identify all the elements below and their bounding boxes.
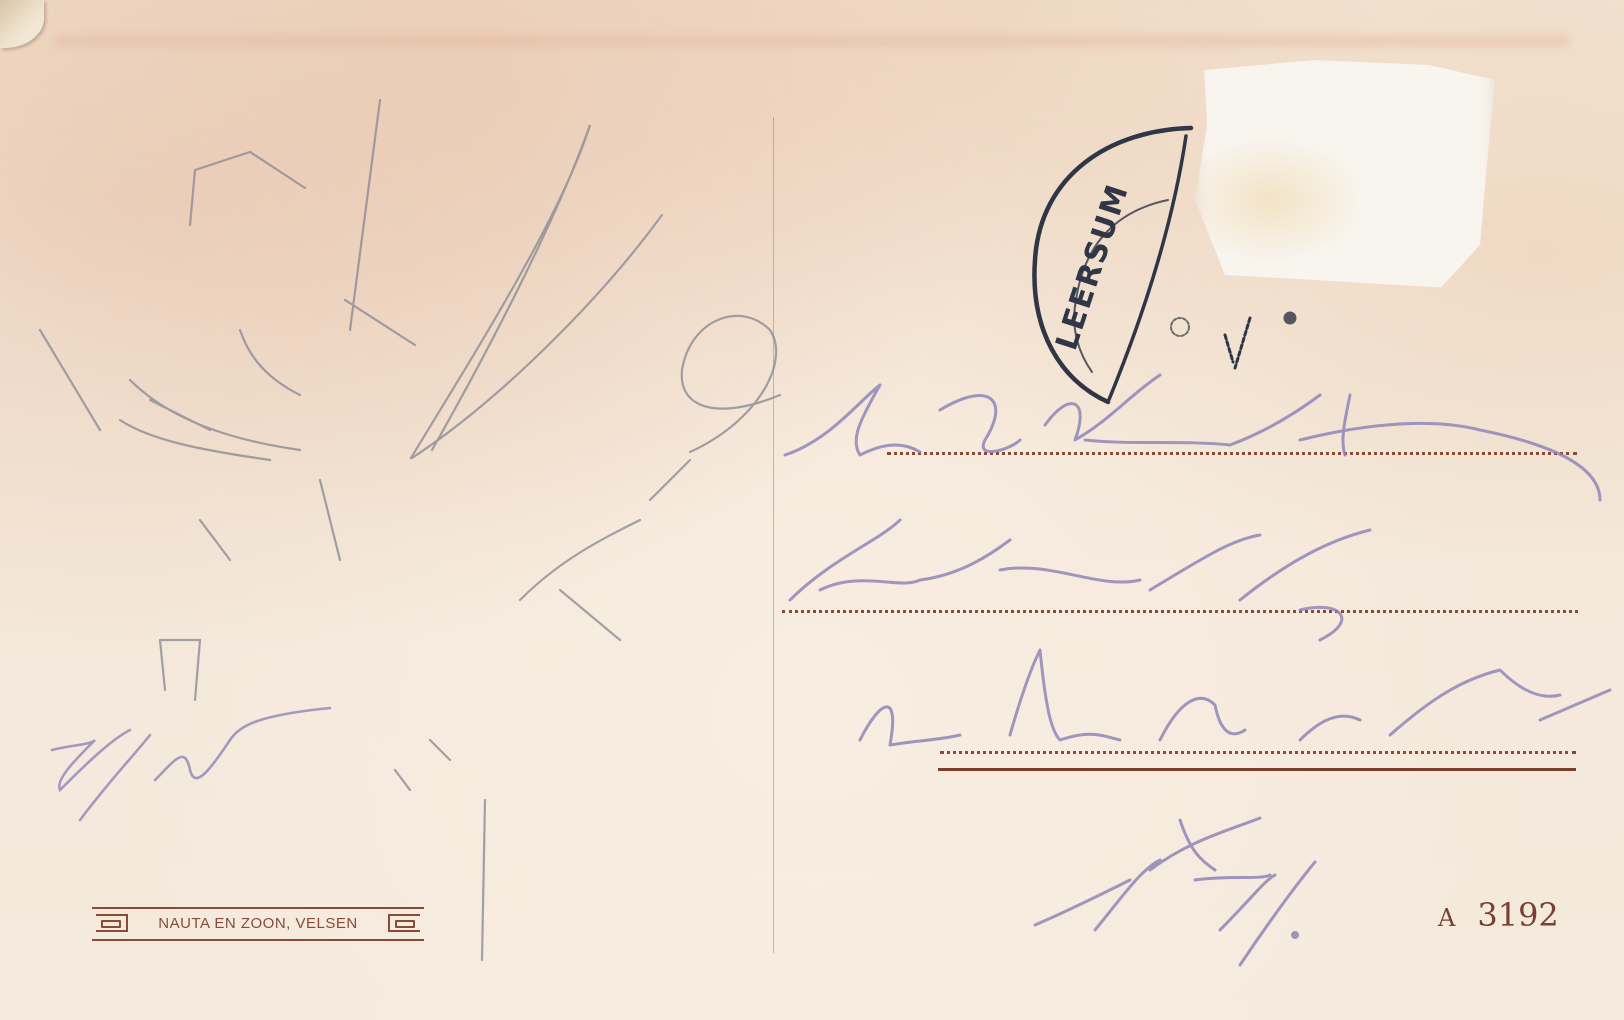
serial-number: 3192 (1477, 896, 1558, 934)
publisher-imprint: NAUTA EN ZOON, VELSEN (92, 907, 424, 941)
svg-text:LEERSUM: LEERSUM (1049, 179, 1136, 354)
initials-handwriting (52, 708, 330, 820)
pencil-sketch-marks (40, 100, 780, 960)
publisher-name: NAUTA EN ZOON, VELSEN (136, 915, 380, 932)
handwriting-layer: LEERSUM (0, 0, 1624, 1020)
imprint-rule-bottom (92, 939, 424, 941)
serial-prefix: A (1438, 904, 1455, 932)
card-serial-number: A3192 (1438, 896, 1559, 934)
meander-ornament-icon (96, 914, 128, 932)
meander-ornament-icon (388, 914, 420, 932)
imprint-rule-top (92, 907, 424, 909)
postmark-icon: LEERSUM (1034, 128, 1296, 402)
address-handwriting (785, 375, 1610, 965)
